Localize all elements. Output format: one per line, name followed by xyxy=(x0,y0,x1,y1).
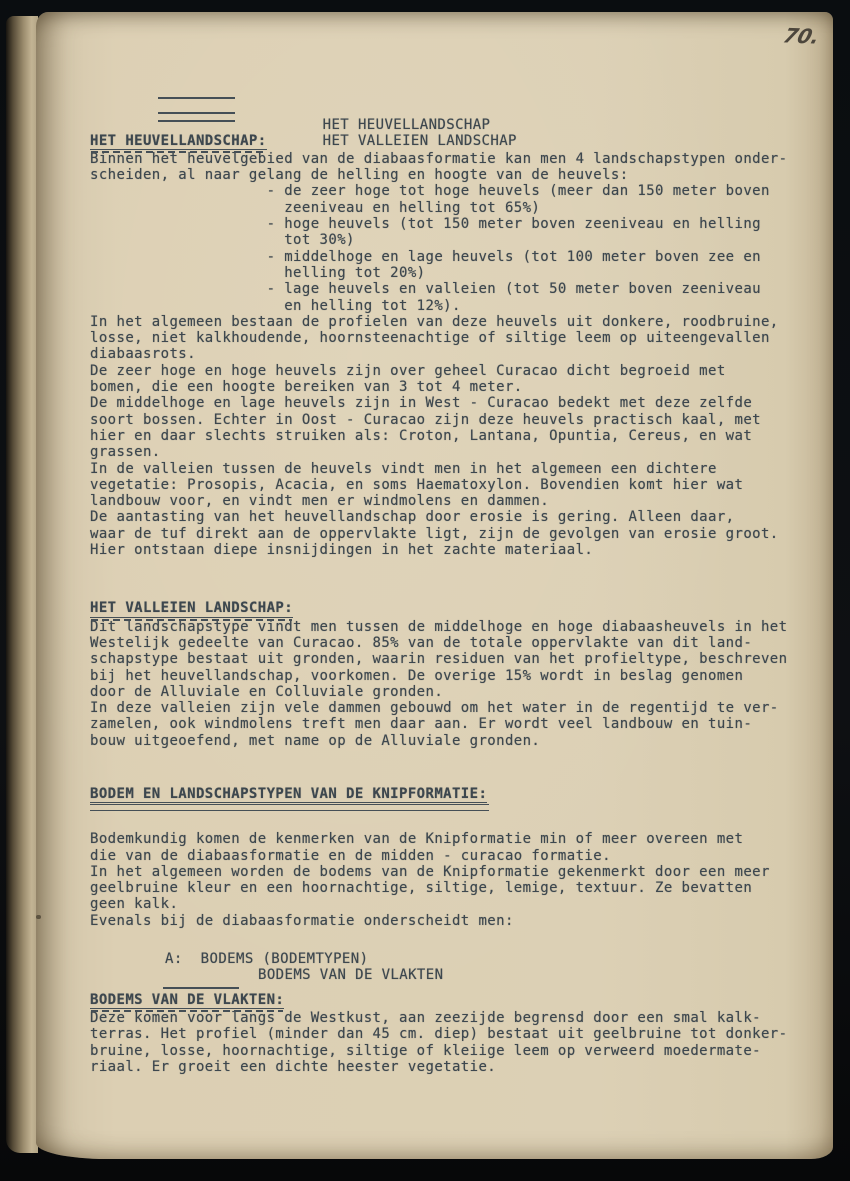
underline-rule xyxy=(163,987,239,989)
underline-rule-double xyxy=(158,112,235,122)
title-row: HET HEUVELLANDSCHAP xyxy=(252,84,799,100)
section-heading-valleien-landschap: HET VALLEIEN LANDSCHAP: xyxy=(90,600,799,617)
doc-title-line-1: HET HEUVELLANDSCHAP xyxy=(323,117,491,133)
typewritten-content: HET HEUVELLANDSCHAP HET VALLEIEN LANDSCH… xyxy=(90,12,799,1075)
title-row: HET VALLEIEN LANDSCHAP xyxy=(252,100,799,116)
book-spine xyxy=(6,16,38,1153)
doc-title-line-2: HET VALLEIEN LANDSCHAP xyxy=(323,133,517,149)
scanned-page: 70. HET HEUVELLANDSCHAP HET VALLEIEN LAN… xyxy=(36,12,833,1159)
underline-rule xyxy=(158,97,235,99)
page-edge-speck xyxy=(36,915,41,919)
paragraph-knipformatie: Bodemkundig komen de kenmerken van de Kn… xyxy=(90,831,799,929)
paragraph-valleien-landschap: Dit landschapstype vindt men tussen de m… xyxy=(90,619,799,749)
paragraph-bodems-vlakten: Deze komen voor langs de Westkust, aan z… xyxy=(90,1010,799,1075)
bodems-list-line-2: BODEMS VAN DE VLAKTEN xyxy=(90,967,799,983)
section-heading-knipformatie: BODEM EN LANDSCHAPSTYPEN VAN DE KNIPFORM… xyxy=(90,786,799,803)
title-block: HET HEUVELLANDSCHAP HET VALLEIEN LANDSCH… xyxy=(252,84,799,117)
bodems-list-block: A:BODEMS (BODEMTYPEN) BODEMS VAN DE VLAK… xyxy=(90,951,799,989)
section-heading-bodems-vlakten: BODEMS VAN DE VLAKTEN: xyxy=(90,992,799,1009)
list-label: A: xyxy=(165,951,183,967)
list-item-bodemtypen: BODEMS (BODEMTYPEN) xyxy=(201,951,369,967)
bodems-list-line-1: A:BODEMS (BODEMTYPEN) xyxy=(90,951,799,967)
paragraph-heuvellandschap: Binnen het heuvelgebied van de diabaasfo… xyxy=(90,151,799,558)
